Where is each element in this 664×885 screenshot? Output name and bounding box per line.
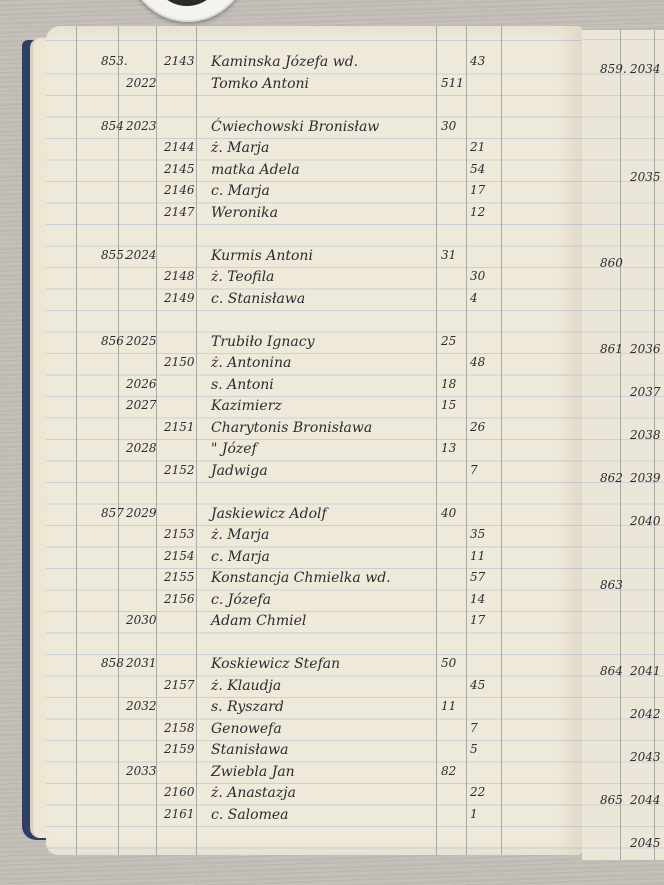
male-age: 82	[441, 764, 456, 778]
person-name: Trubiło Ignacy	[211, 334, 315, 350]
person-name: Jadwiga	[211, 463, 268, 479]
female-house-number: 2158	[164, 721, 195, 735]
entry-number: 865	[600, 793, 623, 807]
ledger-row: 2149c. Stanisława4	[46, 289, 582, 310]
right-page-row: 863	[582, 576, 664, 597]
male-house-number: 2026	[126, 377, 157, 391]
right-page: 859.203420358608612036203720388622039204…	[582, 30, 664, 860]
male-house-number: 2024	[126, 248, 157, 262]
male-house-number: 2028	[126, 441, 157, 455]
right-page-row: 2038	[582, 426, 664, 447]
person-name: Kurmis Antoni	[211, 248, 313, 264]
ledger-row: 2028" Józef13	[46, 439, 582, 460]
female-age: 7	[470, 463, 478, 477]
ledger-row: 2155Konstancja Chmielka wd.57	[46, 568, 582, 589]
female-age: 17	[470, 613, 485, 627]
female-age: 22	[470, 785, 485, 799]
entry-number: 861	[600, 342, 623, 356]
male-house-number: 2031	[126, 656, 157, 670]
male-age: 50	[441, 656, 456, 670]
female-age: 45	[470, 678, 485, 692]
entry-number: 855.	[101, 248, 128, 262]
female-house-number: 2156	[164, 592, 195, 606]
entry-number: 853.	[101, 54, 128, 68]
house-number: 2034	[630, 62, 661, 76]
male-age: 31	[441, 248, 456, 262]
right-page-row: 2037	[582, 383, 664, 404]
female-house-number: 2147	[164, 205, 195, 219]
male-house-number: 2029	[126, 506, 157, 520]
right-page-row: 2045	[582, 834, 664, 855]
person-name: c. Marja	[211, 549, 270, 565]
entry-number: 854	[101, 119, 124, 133]
female-house-number: 2159	[164, 742, 195, 756]
ledger-page: 853.2143Kaminska Józefa wd.432022Tomko A…	[46, 26, 582, 855]
ledger-row: 2151Charytonis Bronisława26	[46, 418, 582, 439]
female-age: 4	[470, 291, 478, 305]
male-house-number: 2027	[126, 398, 157, 412]
ledger-row: 8582031Koskiewicz Stefan50	[46, 654, 582, 675]
person-name: Adam Chmiel	[211, 613, 306, 629]
entry-number: 862	[600, 471, 623, 485]
person-name: Kazimierz	[211, 398, 282, 414]
male-house-number: 2030	[126, 613, 157, 627]
house-number: 2039	[630, 471, 661, 485]
ledger-row: 2026s. Antoni18	[46, 375, 582, 396]
ledger-row: 2145matka Adela54	[46, 160, 582, 181]
female-house-number: 2146	[164, 183, 195, 197]
female-age: 12	[470, 205, 485, 219]
male-age: 25	[441, 334, 456, 348]
right-page-row: 2043	[582, 748, 664, 769]
female-house-number: 2152	[164, 463, 195, 477]
female-house-number: 2155	[164, 570, 195, 584]
house-number: 2045	[630, 836, 661, 850]
female-age: 57	[470, 570, 485, 584]
person-name: Tomko Antoni	[211, 76, 309, 92]
ledger-row: 2161c. Salomea1	[46, 805, 582, 826]
female-house-number: 2154	[164, 549, 195, 563]
female-house-number: 2143	[164, 54, 195, 68]
female-age: 7	[470, 721, 478, 735]
entry-number: 856	[101, 334, 124, 348]
entry-number: 859.	[600, 62, 627, 76]
male-age: 15	[441, 398, 456, 412]
person-name: Stanisława	[211, 742, 288, 758]
right-page-row: 859.2034	[582, 60, 664, 81]
house-number: 2040	[630, 514, 661, 528]
person-name: ż. Klaudja	[211, 678, 281, 694]
ledger-row: 8542023Ćwiechowski Bronisław30	[46, 117, 582, 138]
female-house-number: 2151	[164, 420, 195, 434]
person-name: ż. Teofila	[211, 269, 274, 285]
male-house-number: 2033	[126, 764, 157, 778]
person-name: c. Marja	[211, 183, 270, 199]
right-page-row: 8652044	[582, 791, 664, 812]
person-name: Zwiebla Jan	[211, 764, 295, 780]
female-age: 26	[470, 420, 485, 434]
right-page-row: 8622039	[582, 469, 664, 490]
ledger-row: 2154c. Marja11	[46, 547, 582, 568]
ledger-row: 2152Jadwiga7	[46, 461, 582, 482]
male-house-number: 2023	[126, 119, 157, 133]
person-name: " Józef	[211, 441, 257, 457]
ledger-row: 855.2024Kurmis Antoni31	[46, 246, 582, 267]
person-name: Koskiewicz Stefan	[211, 656, 340, 672]
male-house-number: 2032	[126, 699, 157, 713]
female-age: 11	[470, 549, 485, 563]
house-number: 2035	[630, 170, 661, 184]
right-page-row: 8612036	[582, 340, 664, 361]
female-age: 35	[470, 527, 485, 541]
male-age: 13	[441, 441, 456, 455]
person-name: c. Józefa	[211, 592, 271, 608]
entry-number: 858	[101, 656, 124, 670]
person-name: ż. Anastazja	[211, 785, 296, 801]
female-house-number: 2157	[164, 678, 195, 692]
right-page-row: 8642041	[582, 662, 664, 683]
house-number: 2037	[630, 385, 661, 399]
ledger-row: 8562025Trubiło Ignacy25	[46, 332, 582, 353]
ledger-row: 8572029Jaskiewicz Adolf40	[46, 504, 582, 525]
male-age: 511	[441, 76, 464, 90]
person-name: c. Salomea	[211, 807, 289, 823]
ledger-row: 2147Weronika12	[46, 203, 582, 224]
male-house-number: 2022	[126, 76, 157, 90]
house-number: 2036	[630, 342, 661, 356]
female-age: 5	[470, 742, 478, 756]
ledger-row: 2156c. Józefa14	[46, 590, 582, 611]
female-house-number: 2150	[164, 355, 195, 369]
house-number: 2041	[630, 664, 661, 678]
house-number: 2042	[630, 707, 661, 721]
person-name: ż. Antonina	[211, 355, 291, 371]
male-age: 18	[441, 377, 456, 391]
female-house-number: 2149	[164, 291, 195, 305]
female-house-number: 2153	[164, 527, 195, 541]
female-house-number: 2144	[164, 140, 195, 154]
ledger-row: 853.2143Kaminska Józefa wd.43	[46, 52, 582, 73]
female-age: 14	[470, 592, 485, 606]
ledger-row: 2159Stanisława5	[46, 740, 582, 761]
ledger-row: 2146c. Marja17	[46, 181, 582, 202]
male-age: 11	[441, 699, 456, 713]
entry-number: 860	[600, 256, 623, 270]
house-number: 2043	[630, 750, 661, 764]
house-number: 2044	[630, 793, 661, 807]
female-house-number: 2148	[164, 269, 195, 283]
person-name: matka Adela	[211, 162, 300, 178]
ledger-row: 2033Zwiebla Jan82	[46, 762, 582, 783]
male-age: 40	[441, 506, 456, 520]
entry-number: 864	[600, 664, 623, 678]
entry-number: 857	[101, 506, 124, 520]
person-name: ż. Marja	[211, 527, 269, 543]
house-number: 2038	[630, 428, 661, 442]
ledger-row: 2148ż. Teofila30	[46, 267, 582, 288]
ledger-row: 2032s. Ryszard11	[46, 697, 582, 718]
right-page-row: 2040	[582, 512, 664, 533]
male-age: 30	[441, 119, 456, 133]
round-object	[128, 0, 248, 22]
female-house-number: 2145	[164, 162, 195, 176]
person-name: Jaskiewicz Adolf	[211, 506, 327, 522]
person-name: Genowefa	[211, 721, 282, 737]
ledger-row: 2153ż. Marja35	[46, 525, 582, 546]
ledger-row: 2150ż. Antonina48	[46, 353, 582, 374]
right-page-row: 860	[582, 254, 664, 275]
female-age: 48	[470, 355, 485, 369]
right-page-row: 2035	[582, 168, 664, 189]
female-age: 43	[470, 54, 485, 68]
person-name: Kaminska Józefa wd.	[211, 54, 358, 70]
person-name: ż. Marja	[211, 140, 269, 156]
ledger-row: 2160ż. Anastazja22	[46, 783, 582, 804]
person-name: Ćwiechowski Bronisław	[211, 119, 379, 135]
ledger-row: 2030Adam Chmiel17	[46, 611, 582, 632]
female-age: 54	[470, 162, 485, 176]
female-age: 30	[470, 269, 485, 283]
ledger-row: 2027Kazimierz15	[46, 396, 582, 417]
person-name: c. Stanisława	[211, 291, 305, 307]
ledger-row: 2022Tomko Antoni511	[46, 74, 582, 95]
person-name: s. Ryszard	[211, 699, 284, 715]
right-page-row: 2042	[582, 705, 664, 726]
ledger-row: 2158Genowefa7	[46, 719, 582, 740]
female-house-number: 2161	[164, 807, 195, 821]
person-name: Konstancja Chmielka wd.	[211, 570, 391, 586]
male-house-number: 2025	[126, 334, 157, 348]
ledger-row: 2157ż. Klaudja45	[46, 676, 582, 697]
person-name: s. Antoni	[211, 377, 274, 393]
entry-number: 863	[600, 578, 623, 592]
ledger-row: 2144ż. Marja21	[46, 138, 582, 159]
female-age: 21	[470, 140, 485, 154]
female-age: 17	[470, 183, 485, 197]
person-name: Weronika	[211, 205, 278, 221]
female-age: 1	[470, 807, 478, 821]
female-house-number: 2160	[164, 785, 195, 799]
person-name: Charytonis Bronisława	[211, 420, 372, 436]
